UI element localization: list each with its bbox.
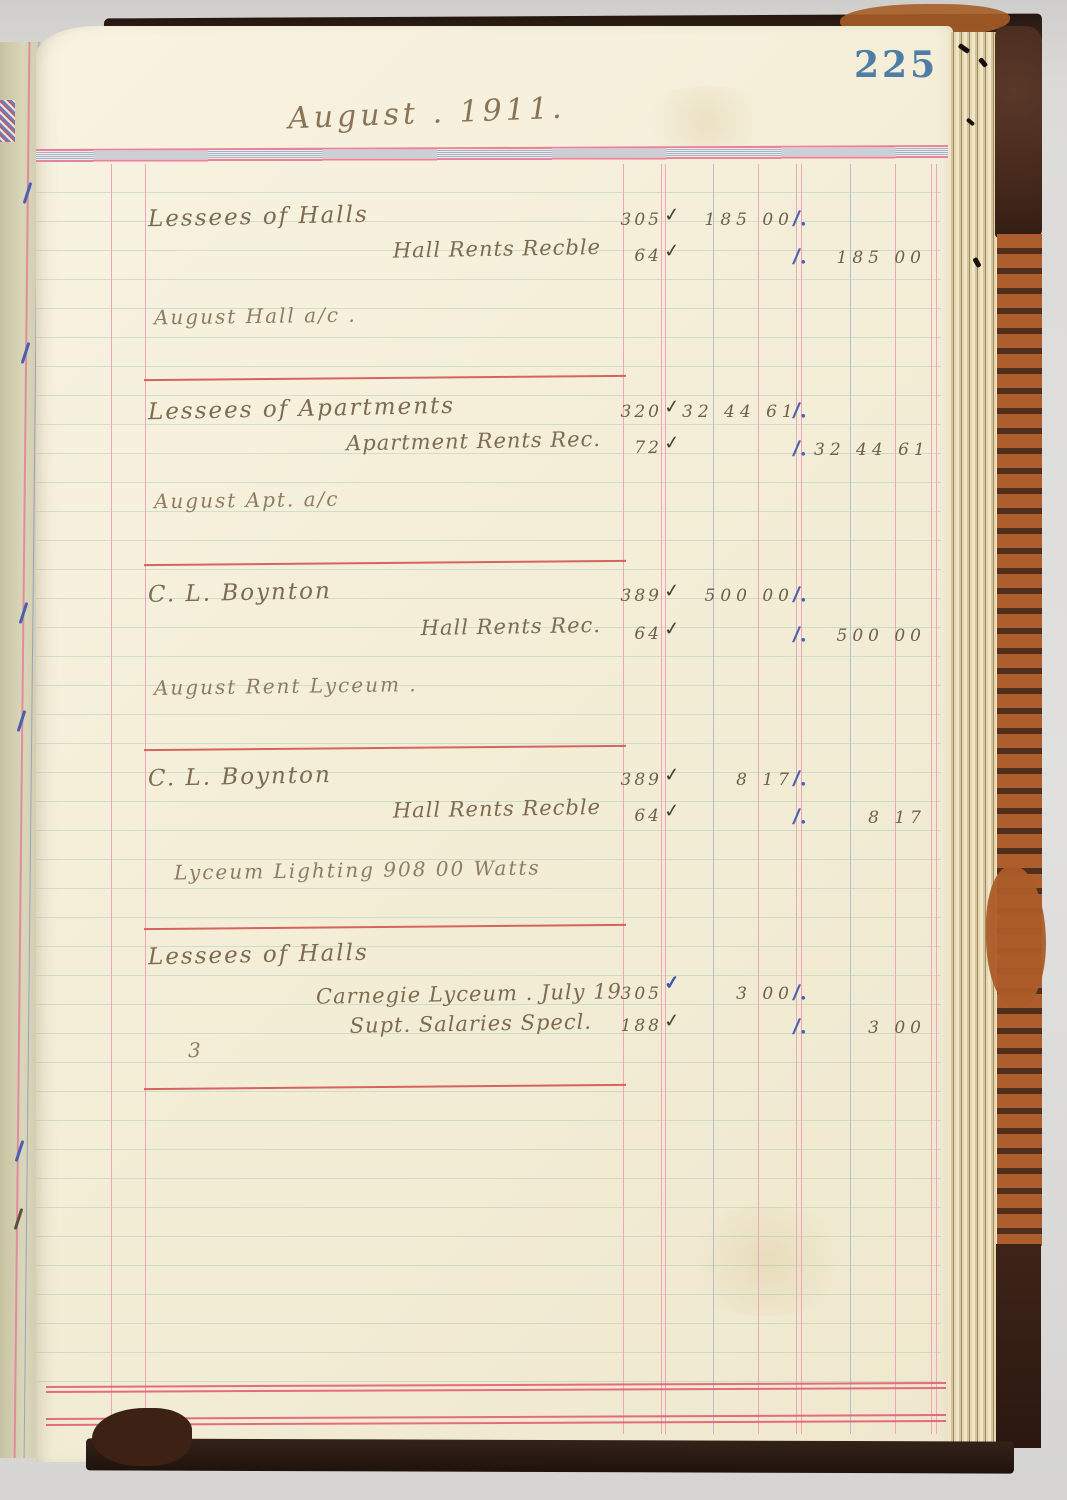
column-rule — [796, 164, 797, 1434]
ledger-page: 225 August . 1911. Lessees of Halls 305 … — [36, 26, 953, 1462]
posting-slash-icon: ∕. — [792, 435, 809, 460]
marbled-edge-fragment — [0, 100, 15, 142]
check-mark-icon: ✓ — [663, 763, 681, 787]
check-mark-icon: ✓ — [663, 395, 681, 419]
posting-slash-icon: ∕. — [792, 765, 809, 790]
column-rule — [111, 164, 112, 1434]
column-rule — [661, 164, 662, 1434]
facing-page-pink-rule — [14, 42, 31, 1458]
page-title: August . 1911. — [287, 91, 566, 137]
page-number: 225 — [854, 44, 938, 86]
entry-memo: Lyceum Lighting 908 00 Watts — [174, 855, 541, 884]
credit-amount: 3 00 — [814, 1018, 926, 1038]
entry-memo: August Apt. a/c — [154, 487, 340, 514]
credit-amount: 185 00 — [814, 248, 926, 268]
posting-slash-icon: ∕. — [792, 581, 809, 606]
column-rule — [145, 164, 146, 1434]
check-mark-icon: ✓ — [663, 431, 681, 455]
debit-amount: 500 00 — [682, 586, 794, 606]
folio-number: 320 — [620, 402, 662, 422]
debit-amount: 3 00 — [682, 984, 794, 1004]
entry-debit-account: Lessees of Halls — [148, 940, 369, 971]
entry-memo: August Hall a/c . — [154, 303, 357, 330]
folio-number: 305 — [620, 210, 662, 230]
credit-amount: 500 00 — [814, 626, 926, 646]
check-mark-icon: ✓ — [663, 203, 681, 227]
posting-slash-icon: ∕. — [792, 205, 809, 230]
check-mark-icon: ✓ — [663, 971, 681, 995]
entry-memo: August Rent Lyceum . — [154, 672, 418, 700]
folio-number: 64 — [620, 806, 662, 826]
leather-corner — [92, 1408, 192, 1466]
entry-debit-account: C. L. Boynton — [148, 578, 332, 608]
check-mark-icon: ✓ — [663, 239, 681, 263]
folio-number: 188 — [620, 1016, 662, 1036]
column-rule — [801, 164, 802, 1434]
entry-note: 3 — [188, 1038, 203, 1062]
column-rule — [758, 164, 759, 1434]
check-mark-icon: ✓ — [663, 1009, 681, 1033]
column-rule — [936, 164, 937, 1434]
check-mark-icon: ✓ — [663, 799, 681, 823]
column-rule — [850, 164, 851, 1434]
column-rule — [713, 164, 714, 1434]
posting-slash-icon: ∕. — [792, 803, 809, 828]
entry-credit-account: Supt. Salaries Specl. — [316, 1010, 592, 1039]
column-rule — [931, 164, 932, 1434]
column-rule — [895, 164, 896, 1434]
folio-number: 64 — [620, 246, 662, 266]
posting-slash-icon: ∕. — [792, 979, 809, 1004]
debit-amount: 8 17 — [682, 770, 794, 790]
leather-cover-edge-top — [995, 26, 1042, 238]
posting-slash-icon: ∕. — [792, 397, 809, 422]
check-mark-icon: ✓ — [663, 579, 681, 603]
folio-number: 305 — [620, 984, 662, 1004]
credit-amount: 8 17 — [814, 808, 926, 828]
debit-amount: 32 44 61 — [682, 402, 794, 422]
page-stack-edge — [948, 32, 1000, 1456]
entry-debit-account: C. L. Boynton — [148, 762, 332, 792]
entry-debit-account: Lessees of Halls — [148, 202, 369, 233]
folio-number: 389 — [620, 586, 662, 606]
striped-fore-edge — [997, 234, 1042, 1246]
credit-amount: 32 44 61 — [814, 440, 926, 460]
folio-number: 389 — [620, 770, 662, 790]
posting-slash-icon: ∕. — [792, 243, 809, 268]
column-rule — [623, 164, 624, 1434]
debit-amount: 185 00 — [682, 210, 794, 230]
book-spine-bottom-edge — [86, 1438, 1014, 1473]
column-rule — [665, 164, 666, 1434]
folio-number: 64 — [620, 624, 662, 644]
folio-number: 72 — [620, 438, 662, 458]
posting-slash-icon: ∕. — [792, 1013, 809, 1038]
header-rule-band — [36, 145, 953, 163]
leather-cover-edge-bottom — [996, 1244, 1041, 1448]
check-mark-icon: ✓ — [663, 617, 681, 641]
posting-slash-icon: ∕. — [792, 621, 809, 646]
